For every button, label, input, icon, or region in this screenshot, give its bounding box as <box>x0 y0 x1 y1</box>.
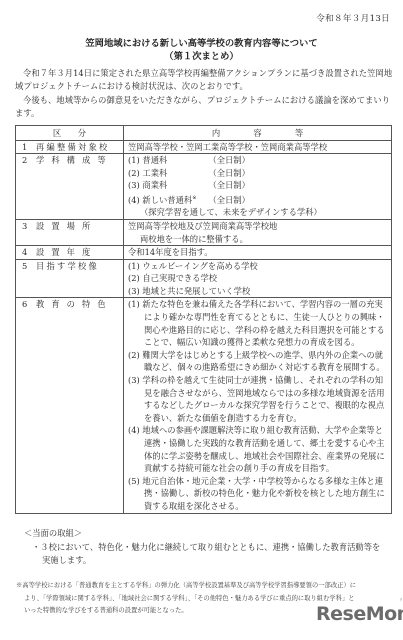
list-item: (2) 自己実現できる学校 <box>128 272 387 285</box>
table-row: 3設 置 場 所 笠岡高等学校地及び笠岡商業高等学校地 両校地を一体的に整備する… <box>16 219 392 245</box>
department-type: （全日制） <box>208 180 250 190</box>
footnote-line: ※高等学校における「普通教育を主とする学科」の弾力化（高等学校設置基準及び高等学… <box>16 580 394 593</box>
list-item: (3) 学科の枠を越えて生徒同士が連携・協働し、それぞれの学科の知見を融合させな… <box>128 374 387 424</box>
table-header-row: 区 分 内 容 等 <box>16 126 392 141</box>
department-item: (4) 新しい普通科※（全日制） <box>128 192 387 206</box>
header-category: 区 分 <box>16 126 124 141</box>
intro-section: 令和７年３月14日に策定された県立高等学校再編整備アクションプランに基づき設置さ… <box>15 67 393 120</box>
row-number: 6 <box>22 298 36 311</box>
list-item: (1) 新たな特色を兼ね備えた各学科において、学習内容の一層の充実により確かな専… <box>128 298 387 348</box>
department-number: (4) <box>128 195 140 205</box>
row-label: 再編整備対象校 <box>36 142 109 152</box>
department-type: （全日制） <box>208 155 250 165</box>
content-table: 区 分 内 容 等 1再編整備対象校 笠岡高等学校・笠岡工業高等学校・笠岡商業高… <box>15 125 392 514</box>
list-item: (5) 地元自治体・地元企業・大学・中学校等からなる多様な主体と連携・協働し、新… <box>128 475 387 513</box>
row-category: 6教 育 の 特 色 <box>16 298 124 513</box>
row-content: (1) 新たな特色を兼ね備えた各学科において、学習内容の一層の充実により確かな専… <box>124 298 392 513</box>
department-number: (1) <box>128 155 140 165</box>
initiatives-heading: ＜当面の取組＞ <box>24 527 384 541</box>
title-line-1: 笠岡地域における新しい高等学校の教育内容等について <box>0 37 403 50</box>
row-content: 笠岡高等学校・笠岡工業高等学校・笠岡商業高等学校 <box>124 140 392 154</box>
current-initiatives: ＜当面の取組＞ ・３校において、特色化・魅力化に継続して取り組むとともに、連携・… <box>24 527 384 568</box>
department-name: 普通科 <box>142 154 208 167</box>
resemom-logo: リセマム ReseMom. <box>316 603 403 625</box>
row-number: 4 <box>22 246 36 259</box>
row-label: 学 科 構 成 等 <box>36 155 108 165</box>
department-number: (2) <box>128 168 140 178</box>
row-content: (1) 普通科（全日制） (2) 工業科（全日制） (3) 商業科（全日制） (… <box>124 154 392 220</box>
department-type: （全日制） <box>208 195 250 205</box>
row-content: 令和14年度を目指す。 <box>124 246 392 260</box>
table-row: 4設 置 年 度 令和14年度を目指す。 <box>16 246 392 260</box>
department-item: (1) 普通科（全日制） <box>128 154 387 167</box>
row-content: 笠岡高等学校地及び笠岡商業高等学校地 両校地を一体的に整備する。 <box>124 219 392 245</box>
table-row: 6教 育 の 特 色 (1) 新たな特色を兼ね備えた各学科において、学習内容の一… <box>16 298 392 513</box>
row-label: 設 置 年 度 <box>36 247 93 257</box>
row-content: (1) ウェルビーイングを高める学校 (2) 自己実現できる学校 (3) 地域と… <box>124 259 392 298</box>
header-content: 内 容 等 <box>124 126 392 141</box>
row-category: 1再編整備対象校 <box>16 140 124 154</box>
row-category: 4設 置 年 度 <box>16 246 124 260</box>
department-item: (3) 商業科（全日制） <box>128 179 387 192</box>
department-note: （探究学習を通して、未来をデザインする学科） <box>128 206 387 219</box>
row-category: 2学 科 構 成 等 <box>16 154 124 220</box>
initiatives-bullet: ・３校において、特色化・魅力化に継続して取り組むとともに、連携・協働した教育活動… <box>24 541 384 568</box>
department-name: 新しい普通科 <box>142 195 192 205</box>
logo-ruby: リセマム <box>399 597 403 603</box>
row-number: 2 <box>22 154 36 167</box>
department-name: 工業科 <box>142 167 208 180</box>
table-row: 2学 科 構 成 等 (1) 普通科（全日制） (2) 工業科（全日制） (3)… <box>16 154 392 220</box>
department-item: (2) 工業科（全日制） <box>128 167 387 180</box>
department-number: (3) <box>128 180 140 190</box>
row-number: 3 <box>22 220 36 233</box>
department-type: （全日制） <box>208 168 250 178</box>
department-name: 商業科 <box>142 179 208 192</box>
list-item: (1) ウェルビーイングを高める学校 <box>128 260 387 273</box>
table-row: 5目指す学校像 (1) ウェルビーイングを高める学校 (2) 自己実現できる学校… <box>16 259 392 298</box>
row-label: 設 置 場 所 <box>36 221 93 231</box>
content-line: 笠岡高等学校地及び笠岡商業高等学校地 <box>128 220 387 233</box>
row-label: 教 育 の 特 色 <box>36 299 108 309</box>
list-item: (4) 地域への参画や課題解決等に取り組む教育活動、大学や企業等と連携・協働した… <box>128 424 387 474</box>
document-title: 笠岡地域における新しい高等学校の教育内容等について （第１次まとめ） <box>0 37 403 63</box>
content-line: 令和14年度を目指す。 <box>128 246 387 259</box>
list-item: (3) 地域と共に発展していく学校 <box>128 285 387 298</box>
intro-paragraph-2: 今後も、地域等からの御意見をいただきながら、プロジェクトチームにおける議論を深め… <box>15 94 393 121</box>
row-number: 1 <box>22 141 36 154</box>
list-item: (2) 難関大学をはじめとする上級学校への進学、県内外の企業への就職など、個々の… <box>128 349 387 374</box>
row-number: 5 <box>22 260 36 273</box>
table-row: 1再編整備対象校 笠岡高等学校・笠岡工業高等学校・笠岡商業高等学校 <box>16 140 392 154</box>
content-line: 両校地を一体的に整備する。 <box>128 233 387 246</box>
intro-paragraph-1: 令和７年３月14日に策定された県立高等学校再編整備アクションプランに基づき設置さ… <box>15 67 393 94</box>
row-label: 目指す学校像 <box>36 261 99 271</box>
row-category: 5目指す学校像 <box>16 259 124 298</box>
title-line-2: （第１次まとめ） <box>0 50 403 63</box>
document-date: 令和８年３月13日 <box>316 12 390 24</box>
content-line: 笠岡高等学校・笠岡工業高等学校・笠岡商業高等学校 <box>128 141 387 154</box>
footnote-mark: ※ <box>192 195 196 201</box>
row-category: 3設 置 場 所 <box>16 219 124 245</box>
logo-text: ReseMom. <box>316 603 403 625</box>
